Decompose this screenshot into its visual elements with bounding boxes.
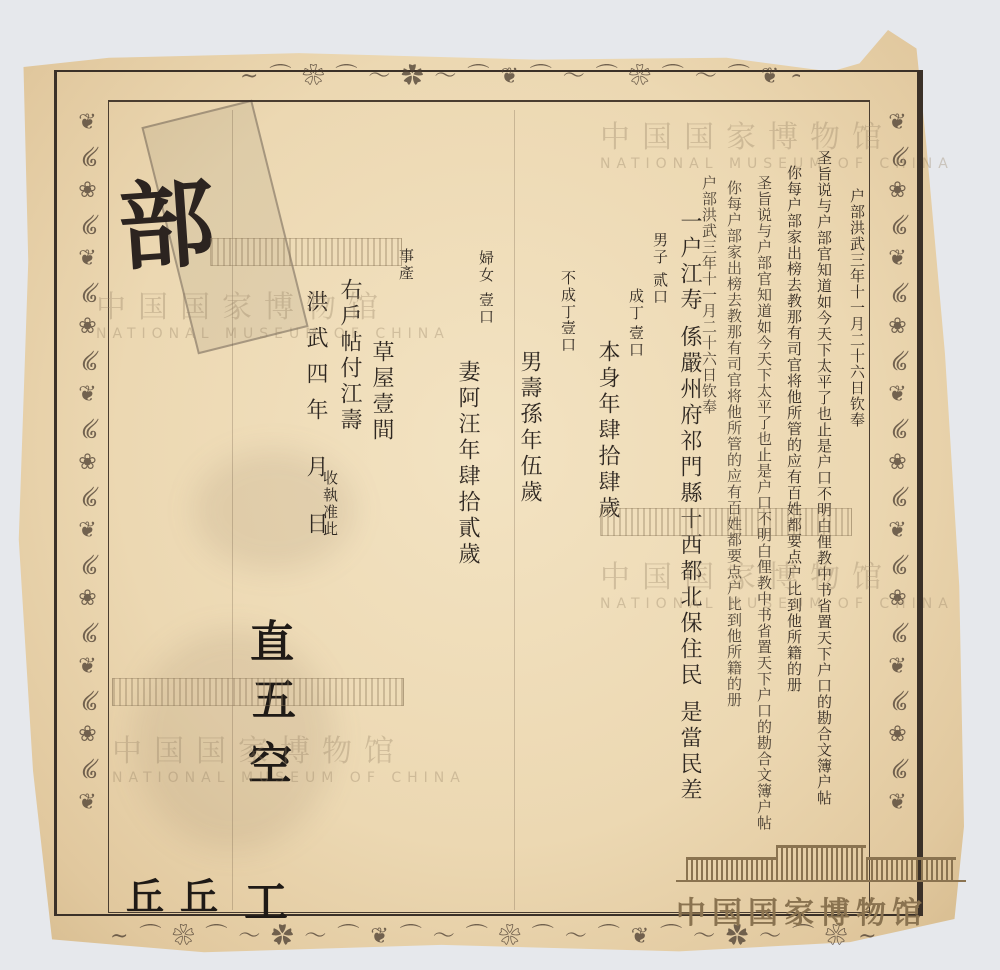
adult-males-count: 壹口 [628, 325, 643, 359]
museum-logo: 中国国家博物馆 [676, 838, 966, 932]
watermark-building-icon [210, 238, 402, 266]
stamp-number-1: 直 [250, 606, 294, 670]
museum-building-icon [676, 838, 966, 882]
males-label: 男子 [652, 232, 667, 266]
self-entry: 本身年肆拾肆歲 [596, 340, 618, 522]
watermark: 中国国家博物馆 NATIONAL MUSEUM OF CHINA [600, 552, 954, 612]
watermark: 中国国家博物馆 NATIONAL MUSEUM OF CHINA [112, 726, 466, 786]
males-count: 贰口 [652, 272, 667, 306]
bottom-stamp-2: 丘 [180, 866, 218, 921]
header-line-4: 圣旨说与户部官知道如今天下太平了也止是户口不明白俚教中书省置天下户口的勘合文簿户… [755, 175, 773, 835]
adult-males-label: 成丁 [628, 288, 643, 322]
top-vine-border: ~ ⌒ ❀ ⌒ 〜 ✿ 〜 ⌒ ❦ ⌒ 〜 ⌒ ❀ ⌒ 〜 ⌒ ❦ ~ [240, 60, 800, 98]
watermark-building-icon [112, 678, 404, 706]
watermark: 中国国家博物馆 NATIONAL MUSEUM OF CHINA [600, 112, 954, 172]
females-count: 壹口 [478, 292, 493, 326]
header-line-5: 你每户部家出榜去教那有司官将他所管的应有百姓都要点户比到他所籍的册 [725, 180, 743, 820]
fold-line [514, 110, 515, 910]
minor-males-label: 不成丁 [560, 270, 575, 321]
museum-name: 中国国家博物馆 [676, 888, 966, 932]
seal-character: 部 [113, 147, 218, 290]
minor-males-count: 壹口 [560, 320, 575, 354]
property-entry: 草屋壹間 [370, 340, 392, 444]
watermark-building-icon [600, 508, 852, 536]
right-vine-border: ❦ ༄ ❀ ༄ ❦ ༄ ❀ ༄ ❦ ༄ ❀ ༄ ❦ ༄ ❀ ༄ ❦ ༄ ❀ ༄ … [870, 110, 914, 910]
header-line-3: 你每户部家出榜去教那有司官将他所管的应有百姓都要点户比到他所籍的册 [785, 165, 803, 845]
females-label: 婦女 [478, 250, 493, 284]
header-line-2: 圣旨说与户部官知道如今天下太平了也止是户口不明白俚教中书省置天下户口的勘合文簿户… [815, 150, 833, 850]
left-vine-border: ❦ ༄ ❀ ༄ ❦ ༄ ❀ ༄ ❦ ༄ ❀ ༄ ❦ ༄ ❀ ༄ ❦ ༄ ❀ ༄ … [60, 110, 104, 910]
wife-entry: 妻阿汪年肆拾貳歲 [456, 360, 478, 568]
header-line-1: 户部洪武三年十一月二十六日钦奉 [848, 188, 866, 808]
official-note: 收執准此 [322, 470, 337, 538]
bottom-stamp-3: 丘 [126, 866, 164, 921]
son-entry: 男壽孫年伍歲 [518, 350, 540, 506]
watermark: 中国国家博物馆 NATIONAL MUSEUM OF CHINA [96, 282, 450, 342]
bottom-stamp-1: 工 [244, 866, 288, 930]
